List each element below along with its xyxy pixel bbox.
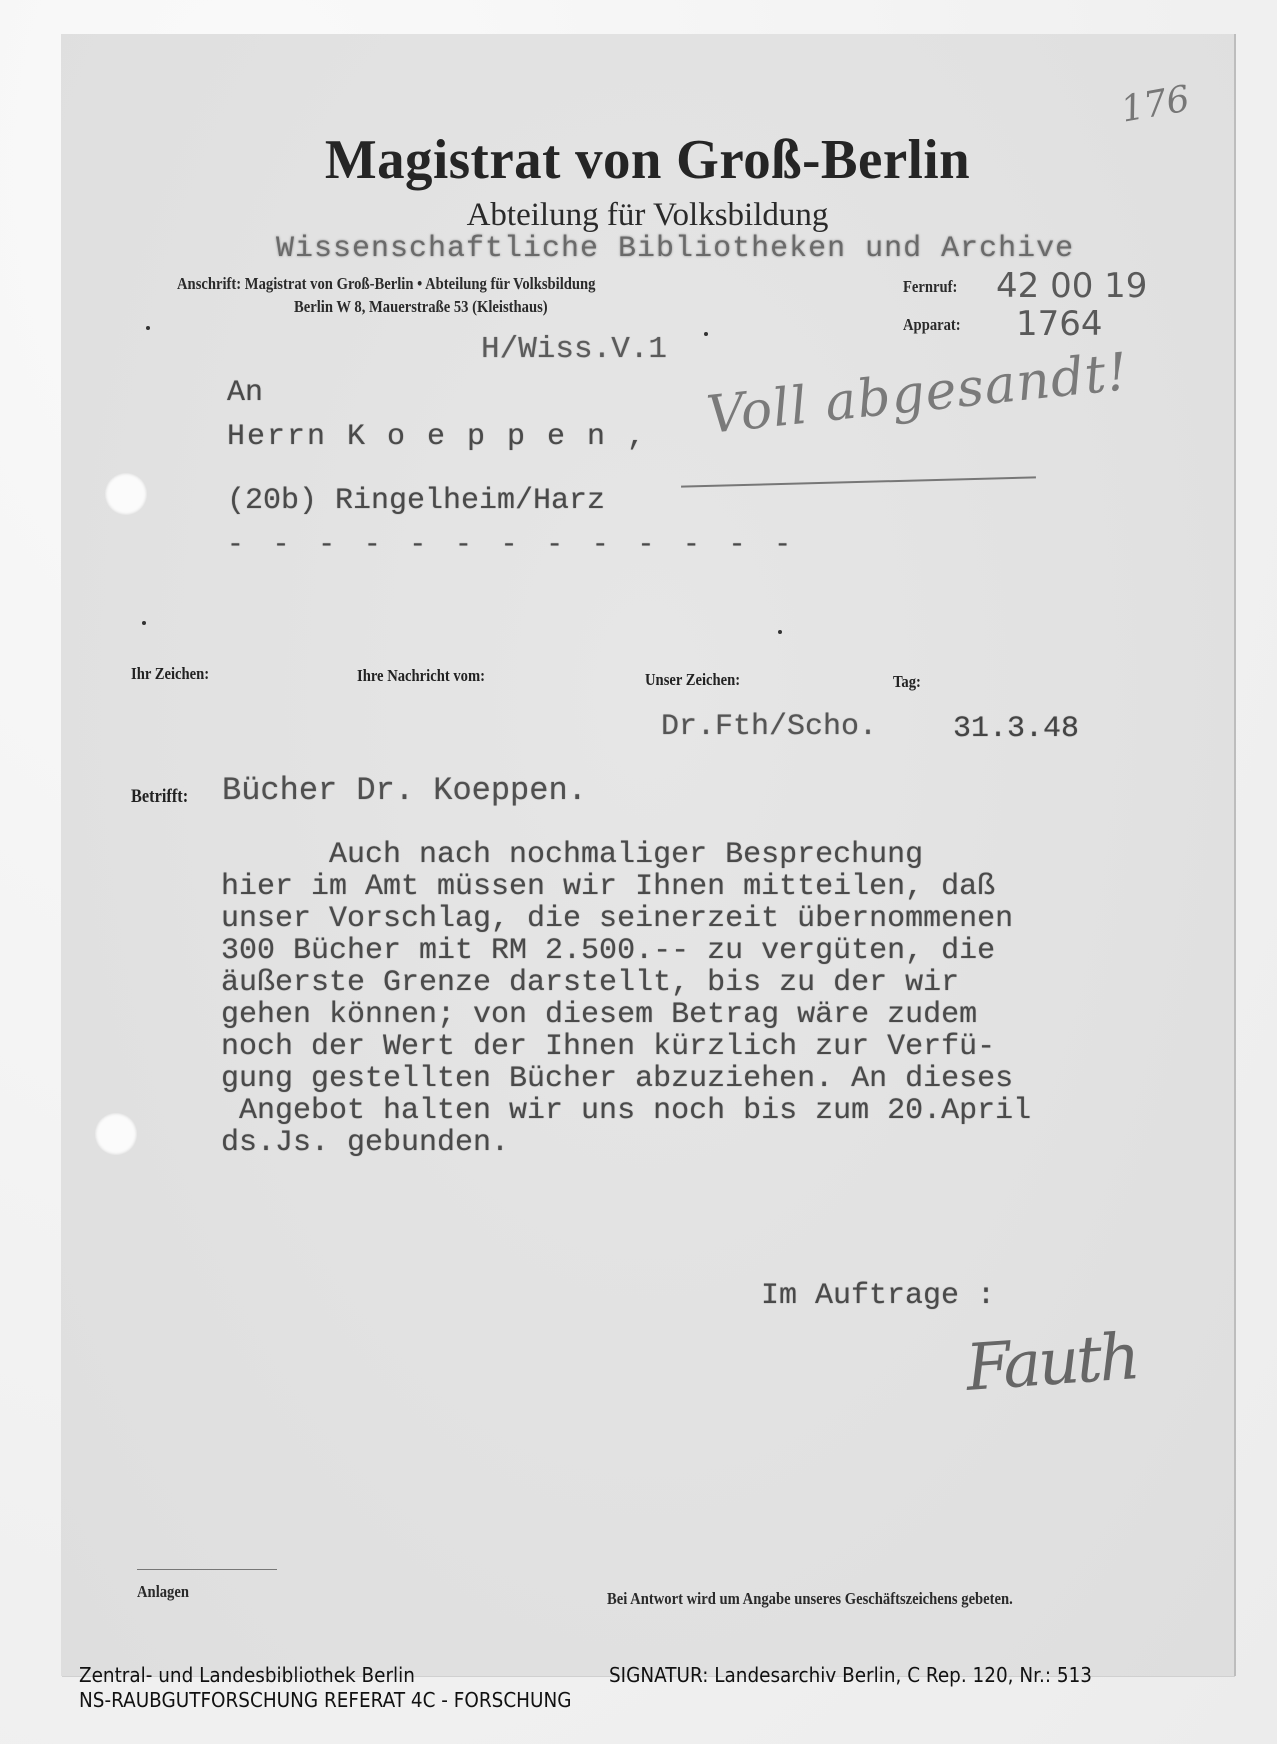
subject-value: Bücher Dr. Koeppen. — [222, 772, 587, 809]
recipient-line-1: An — [227, 376, 263, 410]
body-line: hier im Amt müssen wir Ihnen mitteilen, … — [221, 870, 995, 904]
body-line: äußerste Grenze darstellt, bis zu der wi… — [221, 966, 959, 1000]
body-line: 300 Bücher mit RM 2.500.-- zu vergüten, … — [221, 934, 995, 968]
enclosures-rule — [137, 1569, 277, 1570]
enclosures-label: Anlagen — [137, 1582, 189, 1602]
body-line: Auch nach nochmaliger Besprechung — [221, 838, 923, 872]
letter-sheet: 176 Magistrat von Groß-Berlin Abteilung … — [61, 34, 1234, 1676]
address-line-2: Berlin W 8, Mauerstraße 53 (Kleisthaus) — [294, 297, 548, 317]
punch-hole — [105, 473, 147, 515]
phone-label: Fernruf: — [903, 277, 957, 297]
body-line: ds.Js. gebunden. — [221, 1126, 509, 1160]
our-reference-value: Dr.Fth/Scho. — [661, 710, 877, 744]
recipient-underline: - - - - - - - - - - - - - — [227, 530, 797, 561]
fold-mark-dot — [778, 630, 782, 634]
archive-signature: SIGNATUR: Landesarchiv Berlin, C Rep. 12… — [609, 1663, 1092, 1687]
extension-value: 1764 — [1016, 304, 1103, 344]
date-value: 31.3.48 — [953, 712, 1079, 746]
date-label: Tag: — [893, 672, 921, 692]
reply-reference-note: Bei Antwort wird um Angabe unseres Gesch… — [607, 1589, 1013, 1609]
recipient-address: (20b) Ringelheim/Harz — [227, 484, 605, 518]
body-line: unser Vorschlag, die seinerzeit übernomm… — [221, 902, 1013, 936]
body-line: Angebot halten wir uns noch bis zum 20.A… — [221, 1094, 1031, 1128]
department-stamp: Wissenschaftliche Bibliotheken und Archi… — [276, 232, 1074, 266]
archive-project: NS-RAUBGUTFORSCHUNG REFERAT 4C - FORSCHU… — [79, 1688, 572, 1712]
fold-mark-dot — [146, 326, 150, 330]
body-line: gehen können; von diesem Betrag wäre zud… — [221, 998, 977, 1032]
handwritten-underline — [681, 476, 1036, 487]
your-reference-label: Ihr Zeichen: — [131, 664, 209, 684]
handwritten-note: Voll abgesandt! — [704, 342, 1131, 446]
body-line: gung gestellten Bücher abzuziehen. An di… — [221, 1062, 1013, 1096]
extension-label: Apparat: — [903, 315, 961, 335]
archive-institution: Zentral- und Landesbibliothek Berlin — [79, 1663, 415, 1687]
fold-mark-dot — [704, 332, 708, 336]
closing-phrase: Im Auftrage : — [761, 1279, 995, 1313]
handwritten-page-number: 176 — [1118, 78, 1193, 130]
address-line-1: Anschrift: Magistrat von Groß-Berlin • A… — [177, 274, 595, 294]
reference-code: H/Wiss.V.1 — [481, 332, 667, 367]
letterhead-title: Magistrat von Groß-Berlin — [73, 128, 1223, 192]
punch-hole — [95, 1113, 137, 1155]
subject-label: Betrifft: — [131, 786, 188, 808]
body-line: noch der Wert der Ihnen kürzlich zur Ver… — [221, 1030, 995, 1064]
phone-value: 42 00 19 — [996, 266, 1147, 306]
our-reference-label: Unser Zeichen: — [645, 670, 740, 690]
fold-mark-dot — [142, 621, 146, 625]
recipient-name: Herrn K o e p p e n , — [227, 420, 647, 454]
signature: Fauth — [964, 1320, 1140, 1406]
your-message-label: Ihre Nachricht vom: — [357, 666, 485, 686]
letterhead-subtitle: Abteilung für Volksbildung — [61, 197, 1234, 234]
